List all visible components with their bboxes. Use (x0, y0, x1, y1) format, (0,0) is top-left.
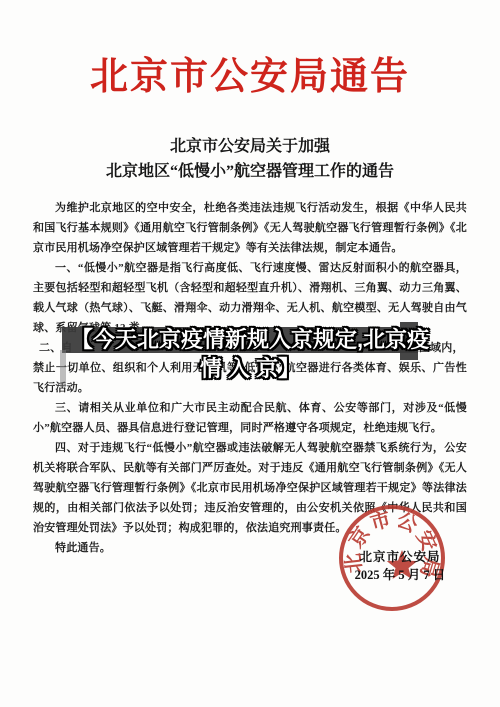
news-headline-overlay: 【今天北京疫情新规入京规定,北京疫 情 入 京】 (0, 325, 500, 383)
notice-title: 北京市公安局通告 (0, 52, 500, 102)
seal-date-text: 2025 年 5 月 7 日 (346, 565, 454, 583)
seal-issuer-text: 北京市公安局 (350, 547, 450, 565)
paragraph-item-3: 三、请相关从业单位和广大市民主动配合民航、体育、公安等部门，对涉及“低慢小”航空… (33, 398, 467, 438)
notice-document: 北京市公安局通告 北京市公安局关于加强 北京地区“低慢小”航空器管理工作的通告 … (0, 0, 500, 707)
paragraph-intro: 为维护北京地区的空中安全，杜绝各类违法违规飞行活动发生，根据《中华人民共和国飞行… (33, 198, 467, 258)
headline-line-2: 情 入 京】 (0, 354, 500, 383)
notice-subtitle: 北京市公安局关于加强 北京地区“低慢小”航空器管理工作的通告 (0, 134, 500, 184)
subtitle-line-1: 北京市公安局关于加强 (0, 134, 500, 159)
headline-line-1: 【今天北京疫情新规入京规定,北京疫 (0, 325, 500, 354)
subtitle-line-2: 北京地区“低慢小”航空器管理工作的通告 (0, 159, 500, 184)
